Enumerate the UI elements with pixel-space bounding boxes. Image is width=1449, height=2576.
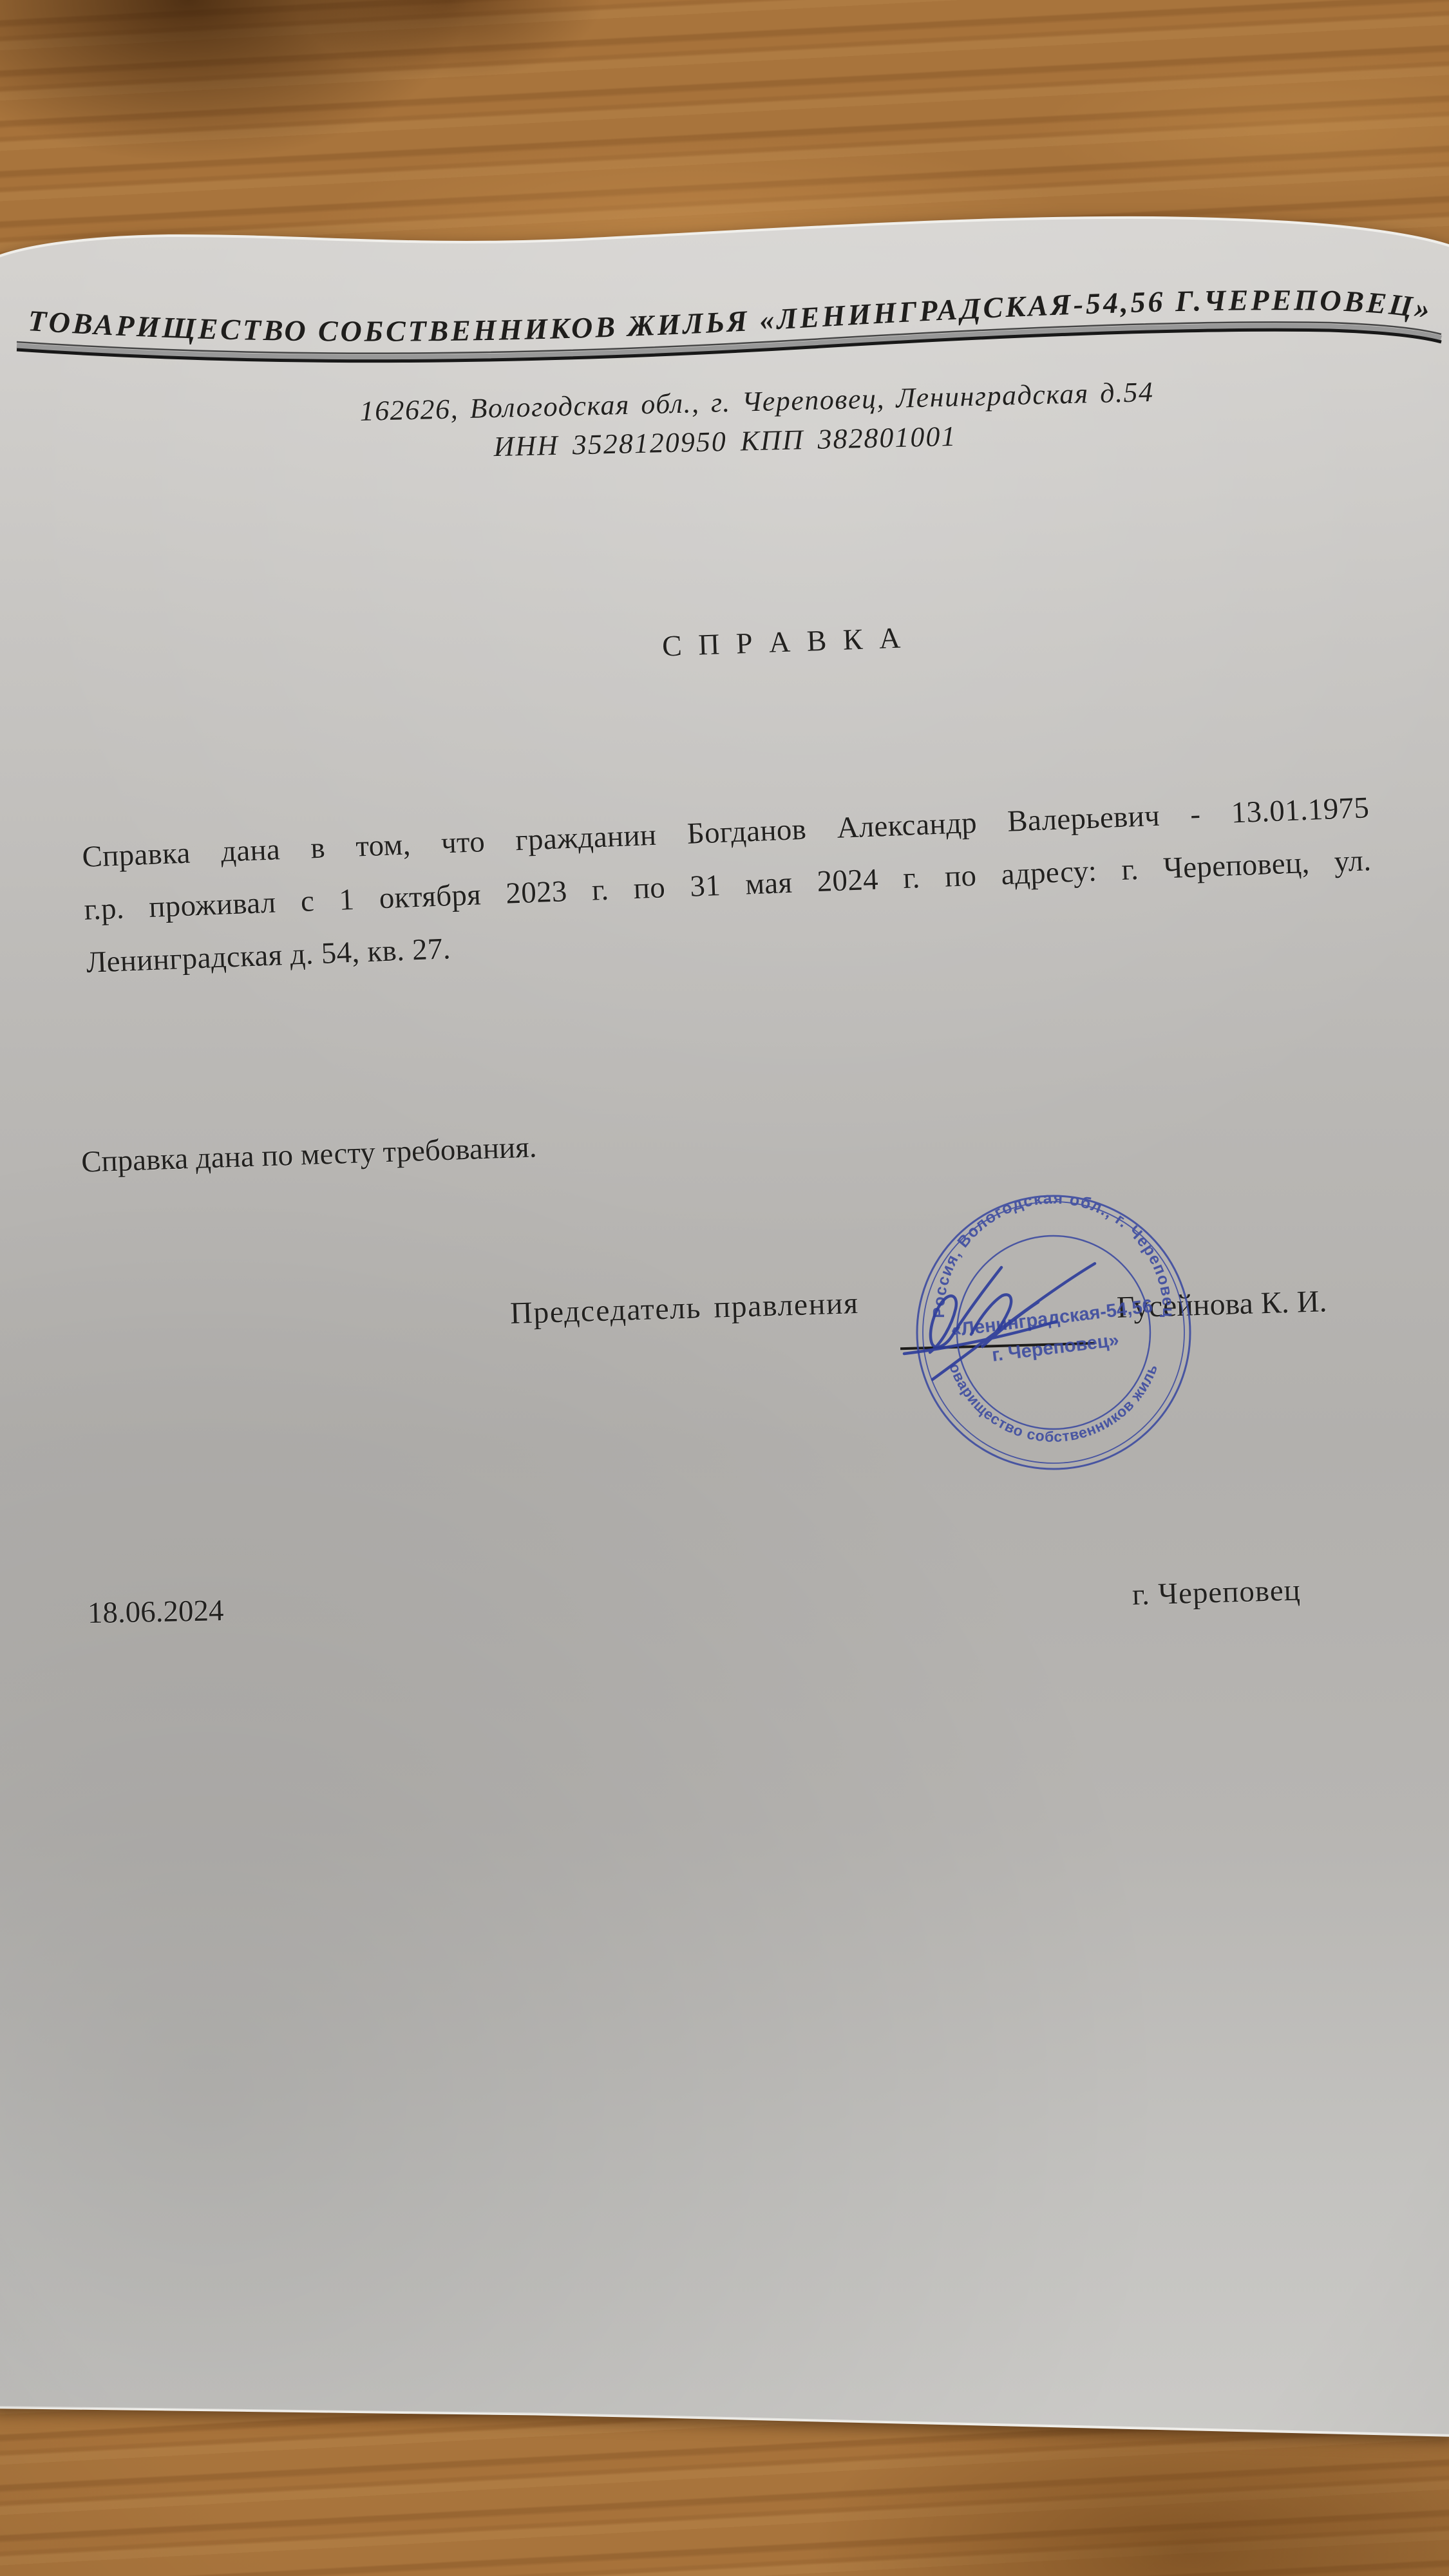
handwritten-signature xyxy=(0,0,1449,2576)
issue-date: 18.06.2024 xyxy=(88,1593,224,1631)
photo-scene: ТОВАРИЩЕСТВО СОБСТВЕННИКОВ ЖИЛЬЯ «ЛЕНИНГ… xyxy=(0,0,1449,2576)
issue-city: г. Череповец xyxy=(1132,1573,1301,1612)
